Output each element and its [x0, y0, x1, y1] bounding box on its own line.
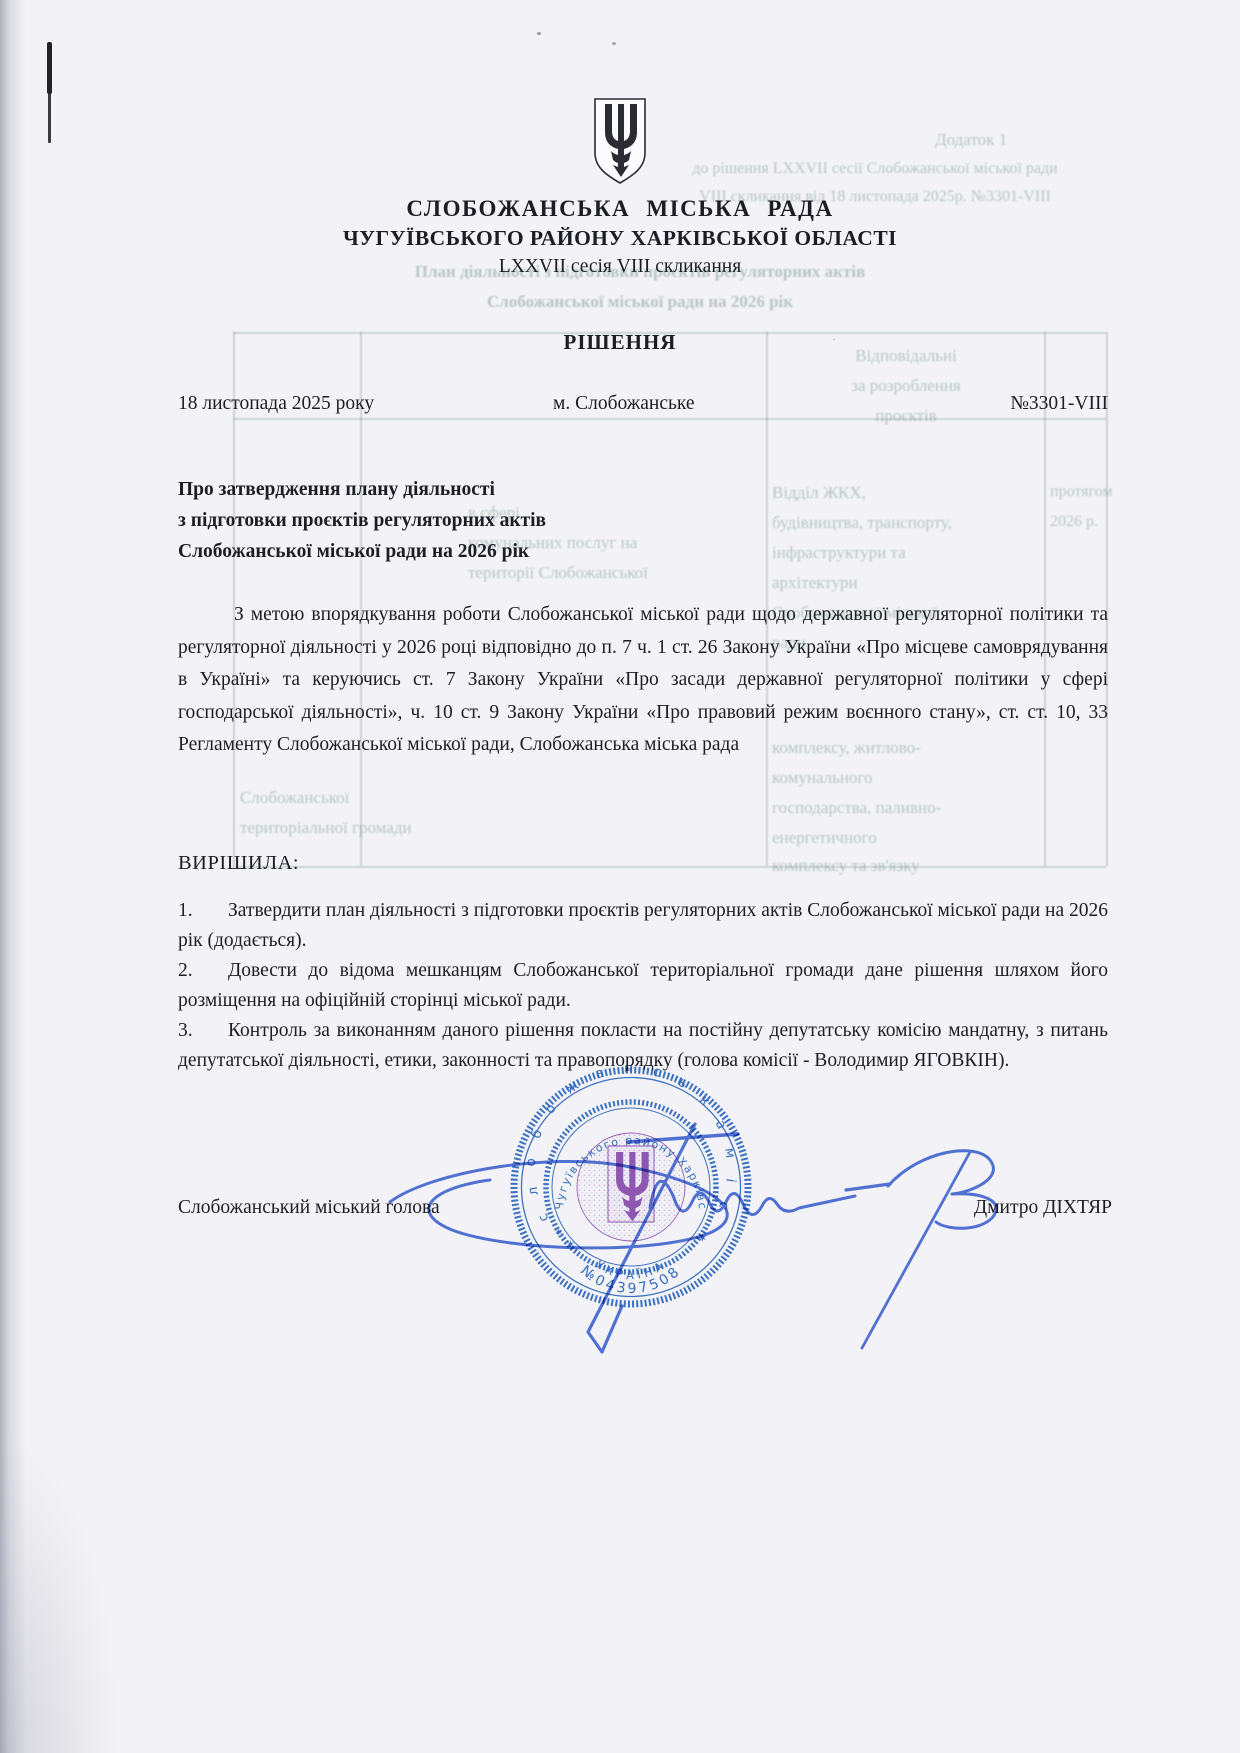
decision-title-line: Про затвердження плану діяльності [178, 474, 546, 505]
decision-title-line: з підготовки проєктів регуляторних актів [178, 505, 546, 536]
ghost-cell: інфраструктури та [772, 543, 906, 563]
ghost-table-border [233, 866, 1106, 868]
ghost-cell: комунального [772, 768, 873, 788]
ghost-cell: Відділ ЖКХ, [772, 483, 866, 503]
resolution-item-2: 2.Довести до відома мешканцям Слобожансь… [178, 956, 1108, 1016]
preamble-paragraph: З метою впорядкування роботи Слобожанськ… [178, 599, 1108, 762]
ghost-cell: Слобожанської [240, 788, 349, 808]
decision-title: Про затвердження плану діяльності з підг… [178, 474, 546, 567]
session-line: LXXVII сесія VIII скликання [0, 256, 1240, 278]
item-number: 3. [178, 1016, 228, 1046]
resolution-item-1: 1.Затвердити план діяльності з підготовк… [178, 896, 1108, 956]
resolved-label: ВИРІШИЛА: [178, 852, 299, 875]
item-text: Затвердити план діяльності з підготовки … [178, 900, 1108, 951]
ghost-cell: господарства, паливно- [772, 798, 941, 818]
ghost-cell: комплексу та зв'язку [772, 856, 920, 876]
ghost-cell: територіальної громади [240, 818, 412, 838]
org-name-line1: СЛОБОЖАНСЬКА МІСЬКА РАДА [0, 196, 1240, 222]
ghost-annex-label: Додаток 1 [935, 130, 1007, 150]
doc-date: 18 листопада 2025 року [178, 393, 374, 415]
org-name-line2: ЧУГУЇВСЬКОГО РАЙОНУ ХАРКІВСЬКОЇ ОБЛАСТІ [0, 226, 1240, 251]
scanned-decision-document: { "header": { "org_line1": "СЛОБОЖАНСЬКА… [0, 0, 1240, 1753]
scan-corner-shadow [0, 1430, 120, 1753]
ghost-cell: протягом [1050, 483, 1112, 501]
ghost-annex-line: до рішення LXXVII сесії Слобожанської мі… [640, 160, 1110, 178]
ghost-cell: будівництва, транспорту, [772, 513, 952, 533]
ghost-plan-title: Слобожанської міської ради на 2026 рік [280, 292, 1000, 312]
doc-type-title: РІШЕННЯ [0, 330, 1240, 355]
item-number: 1. [178, 896, 228, 926]
staple-mark [47, 42, 52, 94]
coat-of-arms-trident-icon [586, 95, 654, 189]
ghost-cell: 2026 р. [1050, 513, 1098, 531]
doc-place: м. Слобожанське [553, 393, 695, 415]
ghost-cell: енергетичного [772, 828, 877, 848]
ghost-cell: архітектури [772, 573, 858, 593]
item-number: 2. [178, 956, 228, 986]
handwritten-signature [360, 1080, 1080, 1380]
resolution-items: 1.Затвердити план діяльності з підготовк… [178, 896, 1108, 1076]
scan-specks [537, 32, 541, 35]
item-text: Довести до відома мешканцям Слобожансько… [178, 960, 1108, 1011]
decision-title-line: Слобожанської міської ради на 2026 рік [178, 536, 546, 567]
doc-number: №3301-VIII [978, 393, 1108, 415]
